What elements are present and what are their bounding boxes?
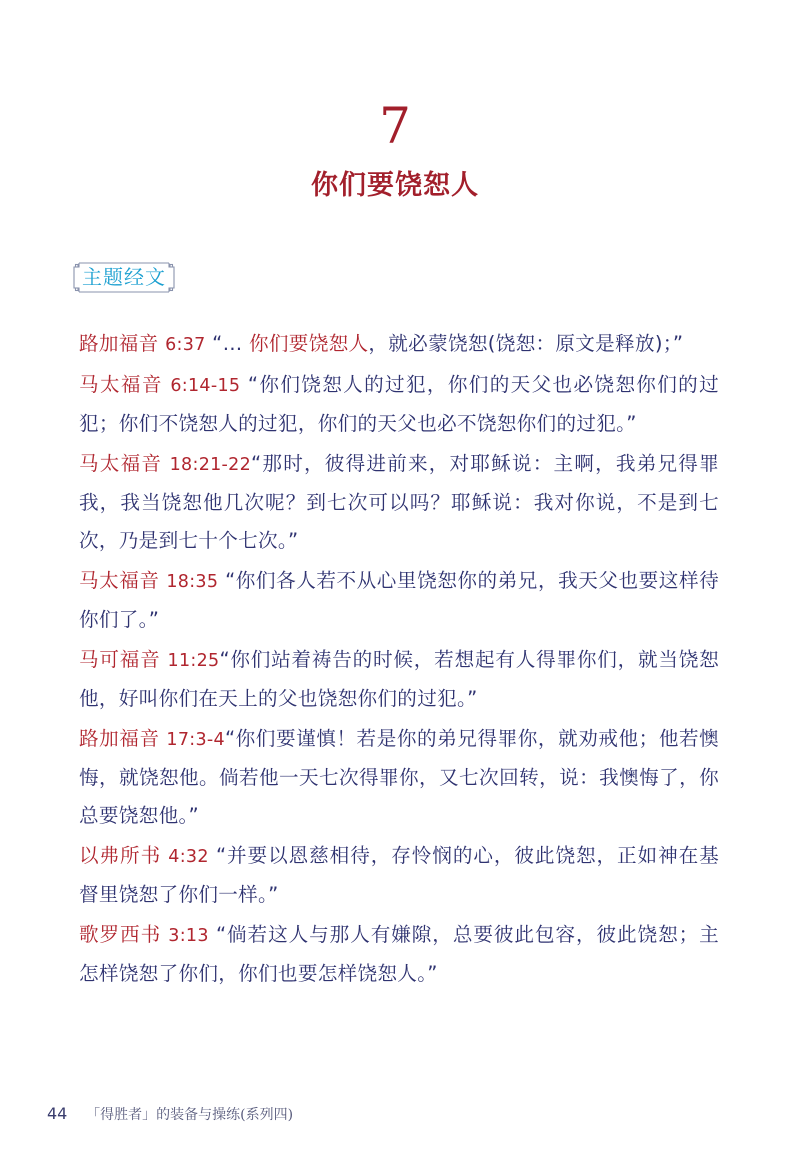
chapter-title: 你们要饶恕人 (0, 168, 790, 204)
verse-book: 以弗所书 (79, 844, 161, 867)
verse-book: 路加福音 (79, 727, 160, 750)
verse-book: 马太福音 (79, 452, 162, 475)
verse-book: 马可福音 (79, 648, 161, 671)
verse-ref: 18:35 (166, 572, 218, 592)
verse-book: 马太福音 (79, 569, 160, 592)
verse-ref: 11:25 (168, 651, 220, 671)
verse-ref: 3:13 (168, 926, 209, 946)
verse-text: ，就必蒙饶恕(饶恕：原文是释放)；” (368, 332, 683, 355)
verse-ref: 6:14-15 (170, 376, 240, 396)
verse-open-quote: “… (212, 332, 249, 355)
verse-book: 路加福音 (79, 332, 159, 355)
verse-ref: 6:37 (165, 335, 206, 355)
verse-item: 歌罗西书 3:13 “倘若这人与那人有嫌隙，总要彼此包容，彼此饶恕；主怎样饶恕了… (79, 916, 719, 993)
verse-ref: 18:21-22 (170, 455, 251, 475)
section-label: 主题经文 (71, 260, 177, 295)
verse-item: 马太福音 18:21-22“那时，彼得进前来，对耶稣说：主啊，我弟兄得罪我，我当… (79, 445, 719, 560)
verse-book: 马太福音 (79, 373, 163, 396)
verse-book: 歌罗西书 (79, 923, 161, 946)
page-footer: 44 「得胜者」的装备与操练(系列四) (47, 1104, 293, 1124)
verse-ref: 4:32 (168, 847, 209, 867)
verse-item: 以弗所书 4:32 “并要以恩慈相待，存怜悯的心，彼此饶恕，正如神在基督里饶恕了… (79, 837, 719, 914)
verse-ref: 17:3-4 (166, 730, 225, 750)
verse-item: 路加福音 6:37 “… 你们要饶恕人，就必蒙饶恕(饶恕：原文是释放)；” (79, 325, 719, 364)
section-label-box: 主题经文 (71, 260, 177, 295)
verse-highlight: 你们要饶恕人 (249, 332, 368, 355)
verse-list: 路加福音 6:37 “… 你们要饶恕人，就必蒙饶恕(饶恕：原文是释放)；” 马太… (79, 325, 719, 995)
running-title: 「得胜者」的装备与操练(系列四) (86, 1107, 293, 1123)
page-number: 44 (47, 1104, 67, 1123)
verse-item: 马太福音 6:14-15 “你们饶恕人的过犯，你们的天父也必饶恕你们的过犯；你们… (79, 366, 719, 443)
verse-item: 马太福音 18:35 “你们各人若不从心里饶恕你的弟兄，我天父也要这样待你们了。… (79, 562, 719, 639)
chapter-number: 7 (0, 98, 790, 154)
verse-item: 马可福音 11:25“你们站着祷告的时候，若想起有人得罪你们，就当饶恕他，好叫你… (79, 641, 719, 718)
verse-item: 路加福音 17:3-4“你们要谨慎！若是你的弟兄得罪你，就劝戒他；他若懊悔，就饶… (79, 720, 719, 835)
